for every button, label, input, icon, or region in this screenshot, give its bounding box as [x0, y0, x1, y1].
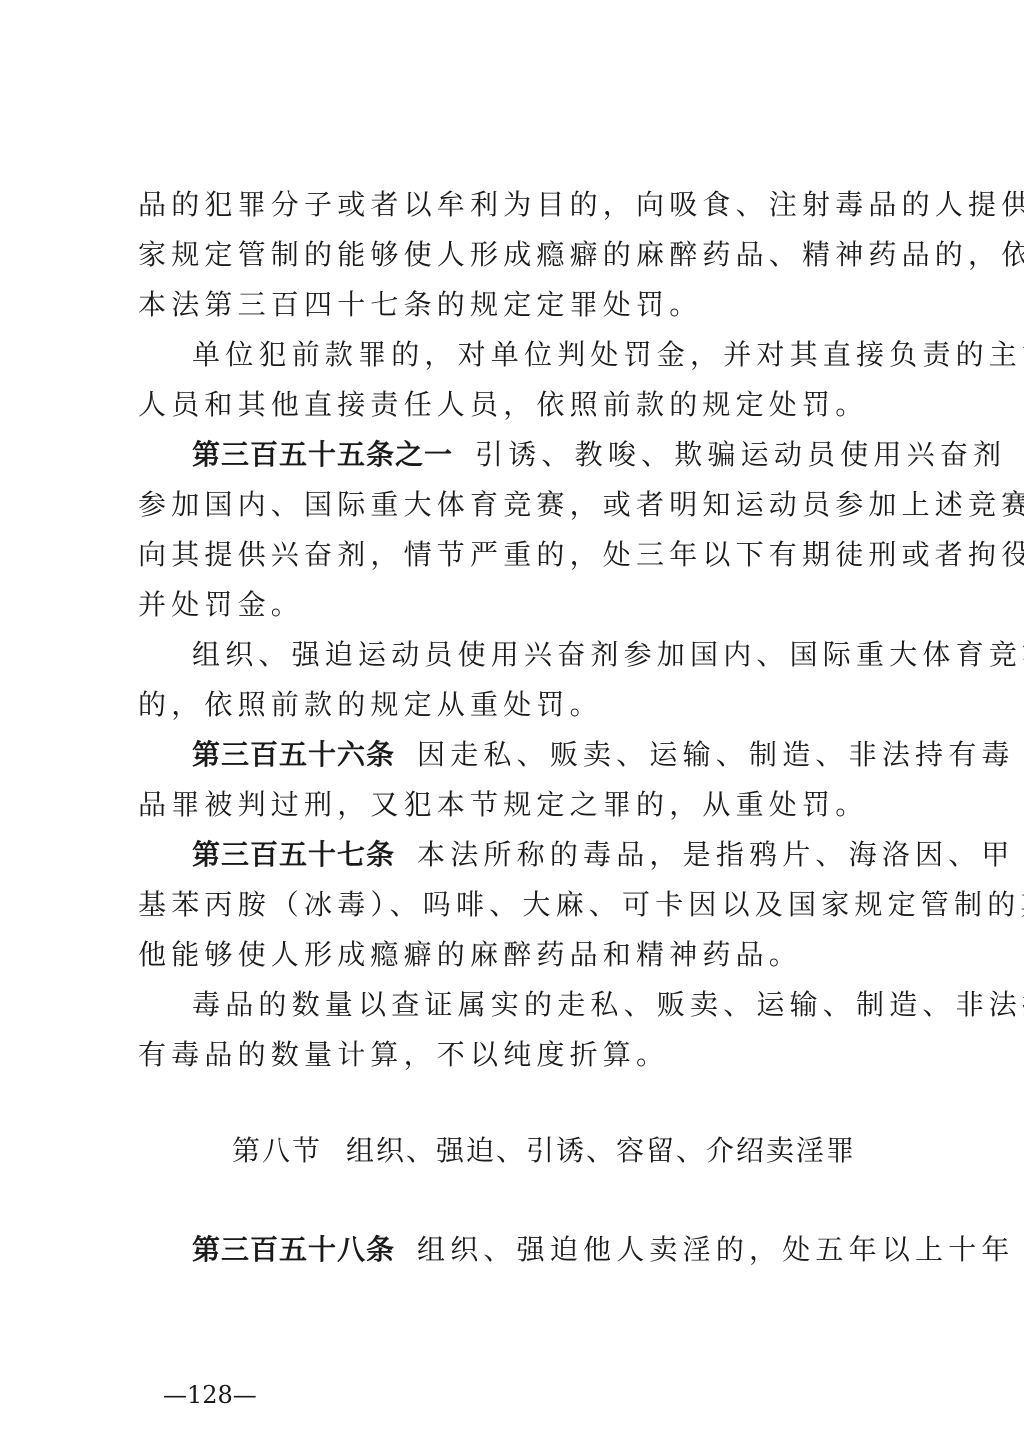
- article-355-1-first-line: 第三百五十五条之一引诱、教唆、欺骗运动员使用兴奋剂: [192, 430, 1006, 480]
- text-line: 毒品的数量以查证属实的走私、贩卖、运输、制造、非法持: [192, 980, 1024, 1030]
- article-text: 本法所称的毒品，是指鸦片、海洛因、甲: [417, 838, 1015, 871]
- text-line: 并处罚金。: [138, 580, 304, 630]
- article-text: 因走私、贩卖、运输、制造、非法持有毒: [417, 738, 1015, 771]
- text-line: 的，依照前款的规定从重处罚。: [138, 680, 603, 730]
- text-line: 单位犯前款罪的，对单位判处罚金，并对其直接负责的主管: [192, 330, 1024, 380]
- article-title: 第三百五十六条: [192, 738, 395, 771]
- article-text: 引诱、教唆、欺骗运动员使用兴奋剂: [475, 438, 1006, 471]
- section-title: 组织、强迫、引诱、容留、介绍卖淫罪: [346, 1134, 856, 1167]
- article-title: 第三百五十五条之一: [192, 438, 453, 471]
- text-line: 他能够使人形成瘾癖的麻醉药品和精神药品。: [138, 930, 802, 980]
- article-title: 第三百五十七条: [192, 838, 395, 871]
- text-line: 基苯丙胺（冰毒）、吗啡、大麻、可卡因以及国家规定管制的其: [138, 880, 1024, 930]
- text-line: 组织、强迫运动员使用兴奋剂参加国内、国际重大体育竞赛: [192, 630, 1024, 680]
- text-line: 品的犯罪分子或者以牟利为目的，向吸食、注射毒品的人提供国: [138, 180, 1024, 230]
- section-number: 第八节: [232, 1134, 322, 1167]
- text-line: 品罪被判过刑，又犯本节规定之罪的，从重处罚。: [138, 780, 868, 830]
- text-line: 人员和其他直接责任人员，依照前款的规定处罚。: [138, 380, 868, 430]
- article-358-first-line: 第三百五十八条组织、强迫他人卖淫的，处五年以上十年: [192, 1225, 1015, 1275]
- text-line: 本法第三百四十七条的规定定罪处罚。: [138, 280, 702, 330]
- section-heading: 第八节组织、强迫、引诱、容留、介绍卖淫罪: [232, 1126, 856, 1176]
- page-number: —128—: [163, 1380, 257, 1410]
- text-line: 有毒品的数量计算，不以纯度折算。: [138, 1030, 669, 1080]
- article-356-first-line: 第三百五十六条因走私、贩卖、运输、制造、非法持有毒: [192, 730, 1015, 780]
- text-line: 参加国内、国际重大体育竞赛，或者明知运动员参加上述竞赛而: [138, 480, 1024, 530]
- article-text: 组织、强迫他人卖淫的，处五年以上十年: [417, 1233, 1015, 1266]
- article-357-first-line: 第三百五十七条本法所称的毒品，是指鸦片、海洛因、甲: [192, 830, 1015, 880]
- text-line: 家规定管制的能够使人形成瘾癖的麻醉药品、精神药品的，依照: [138, 230, 1024, 280]
- article-title: 第三百五十八条: [192, 1233, 395, 1266]
- text-line: 向其提供兴奋剂，情节严重的，处三年以下有期徒刑或者拘役，: [138, 530, 1024, 580]
